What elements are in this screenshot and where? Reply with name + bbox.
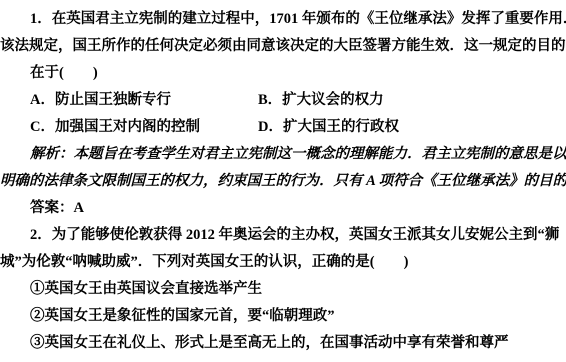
q1-analysis-text-1: 本题旨在考查学生对君主立宪制这一概念的理解能力．君主立宪制的意思是以 bbox=[74, 146, 566, 162]
q1-stem-line-2: 该法规定，国王所作的任何决定必须由同意该决定的大臣签署方能生效．这一规定的目的 bbox=[0, 33, 566, 60]
document-page: 1．在英国君主立宪制的建立过程中，1701 年颁布的《王位继承法》发挥了重要作用… bbox=[0, 0, 566, 357]
q2-statement-2: ②英国女王是象征性的国家元首，要“临朝理政” bbox=[0, 303, 566, 330]
q2-stem-line-2: 城”为伦敦“呐喊助威”．下列对英国女王的认识，正确的是( ) bbox=[0, 249, 566, 276]
q1-options-row-cd: C．加强国王对内阁的控制D．扩大国王的行政权 bbox=[0, 114, 566, 141]
q1-answer-line: 答案：A bbox=[0, 195, 566, 222]
q1-stem-line-1: 1．在英国君主立宪制的建立过程中，1701 年颁布的《王位继承法》发挥了重要作用… bbox=[0, 6, 566, 33]
q1-option-b: B．扩大议会的权力 bbox=[258, 92, 384, 108]
q2-statement-1: ①英国女王由英国议会直接选举产生 bbox=[0, 276, 566, 303]
q1-option-d: D．扩大国王的行政权 bbox=[258, 119, 399, 135]
q1-analysis-line-2: 明确的法律条文限制国王的权力，约束国王的行为．只有 A 项符合《王位继承法》的目… bbox=[0, 168, 566, 195]
q1-options-row-ab: A．防止国王独断专行B．扩大议会的权力 bbox=[0, 87, 566, 114]
q1-option-a: A．防止国王独断专行 bbox=[30, 87, 258, 114]
q2-stem-line-1: 2．为了能够使伦敦获得 2012 年奥运会的主办权，英国女王派其女儿安妮公主到“… bbox=[0, 222, 566, 249]
q2-statement-3: ③英国女王在礼仪上、形式上是至高无上的，在国事活动中享有荣誉和尊严 bbox=[0, 330, 566, 357]
q1-analysis-line-1: 解析：本题旨在考查学生对君主立宪制这一概念的理解能力．君主立宪制的意思是以 bbox=[0, 141, 566, 168]
q1-analysis-label: 解析： bbox=[30, 146, 74, 162]
q1-option-c: C．加强国王对内阁的控制 bbox=[30, 114, 258, 141]
q1-answer-label: 答案： bbox=[30, 200, 74, 216]
q1-stem-line-3: 在于( ) bbox=[0, 60, 566, 87]
q1-answer-value: A bbox=[74, 200, 84, 216]
